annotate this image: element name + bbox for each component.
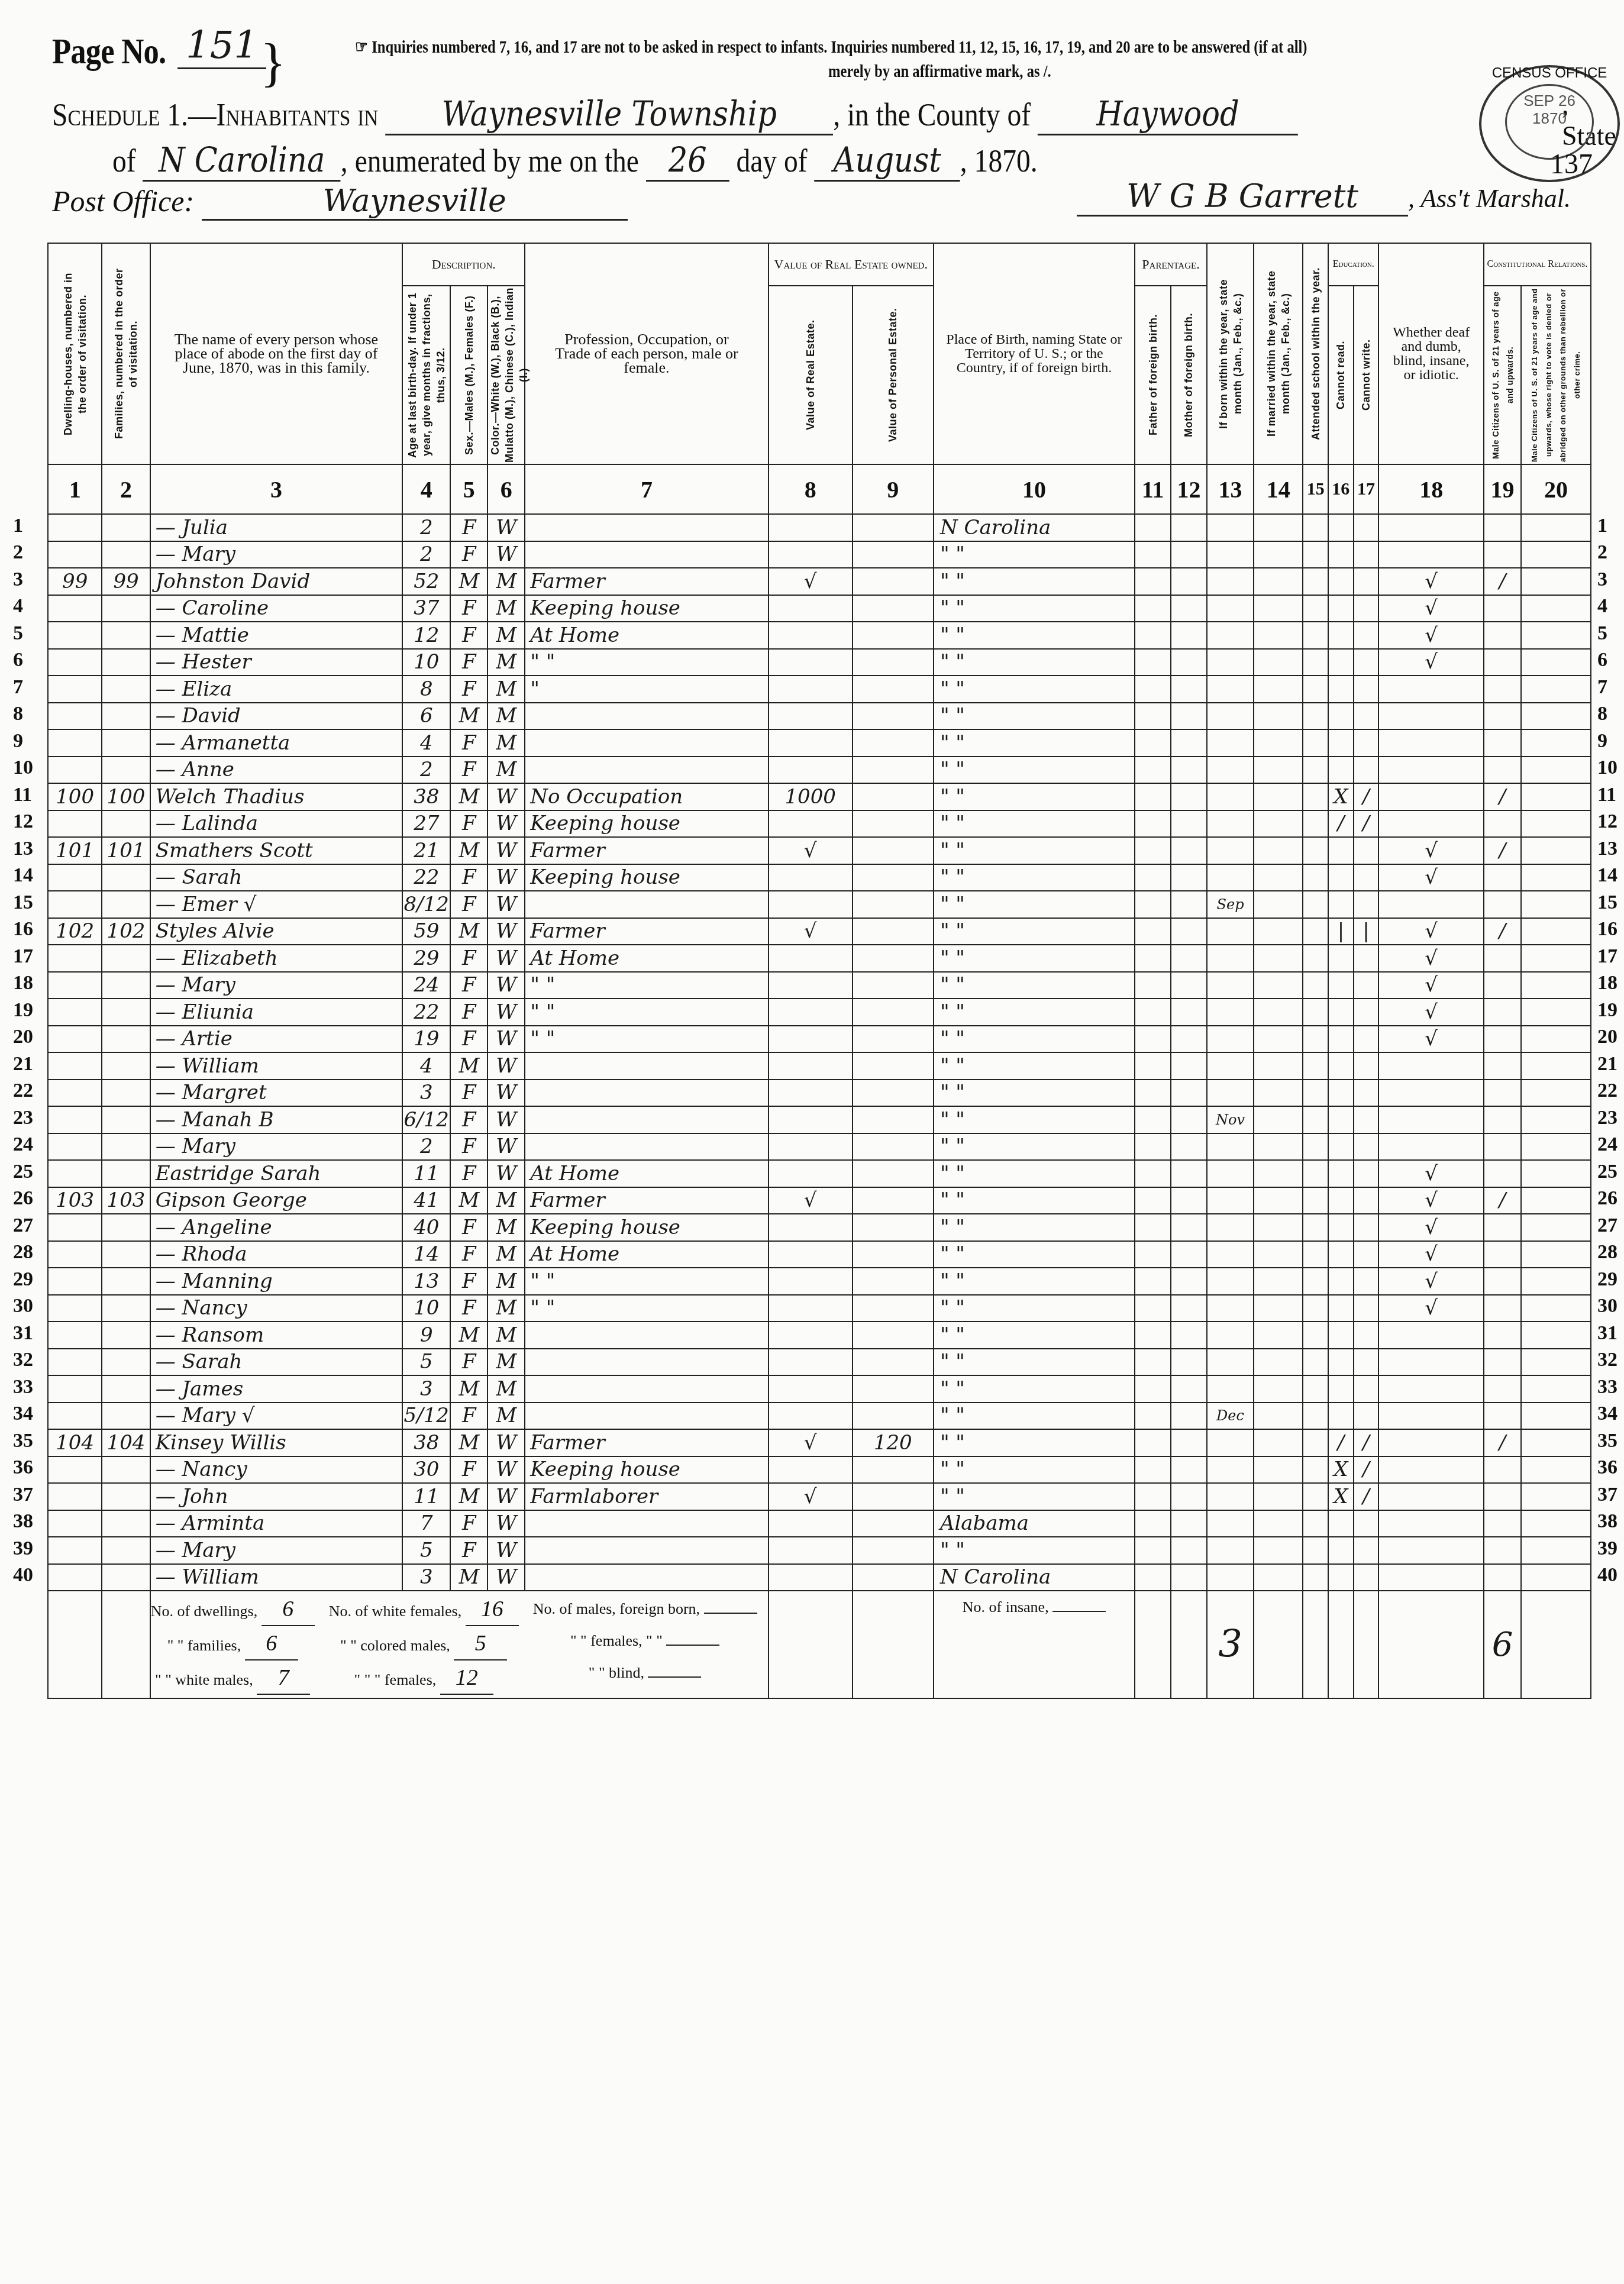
table-row: — William 3 M W N Carolina: [48, 1564, 1591, 1591]
real-estate-value: [769, 1268, 853, 1295]
col-header-cannot-write: Cannot write.: [1354, 286, 1379, 464]
cannot-write: [1354, 864, 1379, 891]
line-number-left: 22: [13, 1080, 33, 1102]
married-month: [1254, 972, 1303, 999]
father-foreign: [1135, 1214, 1171, 1241]
occupation: [525, 541, 768, 568]
mother-foreign: [1171, 729, 1207, 757]
attended-school: [1303, 649, 1328, 676]
line-number-right: 1: [1597, 515, 1607, 537]
citizen-mark: [1484, 703, 1521, 730]
family-number: [102, 1349, 150, 1376]
citizen-mark: [1484, 1375, 1521, 1403]
disability-mark: [1378, 703, 1484, 730]
color: M: [487, 1349, 525, 1376]
birthplace: " ": [934, 864, 1135, 891]
married-month: [1254, 1052, 1303, 1080]
dwelling-number: 101: [48, 837, 102, 864]
white-males-label: " " white males,: [155, 1671, 253, 1688]
citizen-mark: [1484, 1510, 1521, 1537]
dwelling-number: [48, 622, 102, 649]
sex: F: [450, 864, 487, 891]
married-month: [1254, 1483, 1303, 1510]
occupation: [525, 514, 768, 541]
line-number-left: 17: [13, 945, 33, 968]
line-number-left: 11: [13, 784, 32, 806]
color: W: [487, 1537, 525, 1564]
line-number-left: 31: [13, 1322, 33, 1345]
attended-school: [1303, 999, 1328, 1026]
cannot-read: X: [1328, 783, 1354, 810]
dwelling-number: [48, 1080, 102, 1107]
cannot-write: [1354, 595, 1379, 622]
dwelling-number: [48, 1403, 102, 1430]
occupation: [525, 729, 768, 757]
stamp-ring-text: CENSUS OFFICE: [1481, 65, 1617, 82]
married-month: [1254, 1510, 1303, 1537]
colored-females-count: 12: [440, 1662, 493, 1695]
person-name: — Artie: [150, 1026, 403, 1053]
age: 4: [402, 729, 450, 757]
attended-school: [1303, 1187, 1328, 1214]
cannot-read: X: [1328, 1483, 1354, 1510]
vote-denied-mark: [1521, 622, 1591, 649]
line-number-right: 5: [1597, 622, 1607, 645]
cannot-write: [1354, 541, 1379, 568]
mother-foreign: [1171, 864, 1207, 891]
cannot-read: [1328, 972, 1354, 999]
family-number: 100: [102, 783, 150, 810]
born-month: [1207, 1349, 1254, 1376]
col-number: 7: [525, 464, 768, 514]
occupation: Farmlaborer: [525, 1483, 768, 1510]
person-name: Smathers Scott: [150, 837, 403, 864]
citizen-mark: [1484, 649, 1521, 676]
family-number: [102, 945, 150, 972]
line-number-right: 2: [1597, 541, 1607, 564]
personal-estate-value: [853, 541, 934, 568]
occupation: Keeping house: [525, 864, 768, 891]
born-month: [1207, 729, 1254, 757]
sex: F: [450, 1456, 487, 1484]
attended-school: [1303, 918, 1328, 945]
attended-school: [1303, 783, 1328, 810]
dwelling-number: 102: [48, 918, 102, 945]
age: 10: [402, 649, 450, 676]
cannot-write: [1354, 1537, 1379, 1564]
cannot-read: [1328, 757, 1354, 784]
sex: F: [450, 1537, 487, 1564]
line-number-left: 35: [13, 1430, 33, 1452]
foreign-females-count: [666, 1645, 719, 1646]
mother-foreign: [1171, 1483, 1207, 1510]
census-office-stamp: CENSUS OFFICE SEP 26 1870: [1479, 65, 1620, 182]
disability-mark: √: [1378, 622, 1484, 649]
cannot-read: [1328, 864, 1354, 891]
cannot-write: [1354, 1295, 1379, 1322]
col-number: 1: [48, 464, 102, 514]
family-number: [102, 729, 150, 757]
father-foreign: [1135, 729, 1171, 757]
disability-mark: √: [1378, 837, 1484, 864]
age: 12: [402, 622, 450, 649]
day-field: 26: [646, 140, 729, 182]
attended-school: [1303, 945, 1328, 972]
occupation: " ": [525, 972, 768, 999]
citizen-mark: [1484, 1160, 1521, 1187]
age: 38: [402, 1429, 450, 1456]
line-number-right: 34: [1597, 1403, 1617, 1425]
dwelling-number: [48, 1510, 102, 1537]
married-month: [1254, 945, 1303, 972]
real-estate-value: [769, 514, 853, 541]
real-estate-value: [769, 972, 853, 999]
father-foreign: [1135, 1564, 1171, 1591]
sex: F: [450, 999, 487, 1026]
colored-males-count: 5: [454, 1627, 507, 1660]
cannot-read: [1328, 1160, 1354, 1187]
married-month: [1254, 1403, 1303, 1430]
enumeration-line: of N Carolina, enumerated by me on the 2…: [112, 140, 1038, 182]
white-females-label: No. of white females,: [329, 1603, 462, 1620]
cannot-read: [1328, 1375, 1354, 1403]
born-month: [1207, 649, 1254, 676]
real-estate-value: [769, 1510, 853, 1537]
married-month: [1254, 622, 1303, 649]
dwelling-number: [48, 649, 102, 676]
disability-mark: [1378, 1080, 1484, 1107]
line-number-right: 4: [1597, 595, 1607, 618]
table-row: 101 101 Smathers Scott 21 M W Farmer √ "…: [48, 837, 1591, 864]
age: 29: [402, 945, 450, 972]
cannot-read: [1328, 1403, 1354, 1430]
birthplace: " ": [934, 1403, 1135, 1430]
person-name: — Julia: [150, 514, 403, 541]
day-of-label: day of: [737, 143, 808, 179]
color: W: [487, 891, 525, 918]
cannot-read: [1328, 703, 1354, 730]
cannot-read: [1328, 1564, 1354, 1591]
cannot-read: [1328, 1133, 1354, 1161]
mother-foreign: [1171, 918, 1207, 945]
line-number-left: 21: [13, 1053, 33, 1075]
dwelling-number: [48, 1133, 102, 1161]
color: M: [487, 595, 525, 622]
color: W: [487, 1133, 525, 1161]
sex: M: [450, 568, 487, 595]
person-name: — Mary: [150, 972, 403, 999]
personal-estate-value: [853, 703, 934, 730]
table-row: — Anne 2 F M " ": [48, 757, 1591, 784]
birthplace: " ": [934, 757, 1135, 784]
birthplace: " ": [934, 1106, 1135, 1133]
cannot-write: /: [1354, 1429, 1379, 1456]
color: M: [487, 1187, 525, 1214]
occupation: No Occupation: [525, 783, 768, 810]
dwelling-number: 100: [48, 783, 102, 810]
citizen-mark: [1484, 1052, 1521, 1080]
real-estate-value: √: [769, 837, 853, 864]
color: W: [487, 972, 525, 999]
father-foreign: [1135, 541, 1171, 568]
occupation: [525, 1349, 768, 1376]
cannot-read: [1328, 1080, 1354, 1107]
person-name: Eastridge Sarah: [150, 1160, 403, 1187]
birthplace: " ": [934, 568, 1135, 595]
vote-denied-mark: [1521, 1564, 1591, 1591]
dwelling-number: [48, 1564, 102, 1591]
personal-estate-value: [853, 810, 934, 838]
dwelling-number: [48, 1375, 102, 1403]
col-number: 12: [1171, 464, 1207, 514]
family-number: [102, 1268, 150, 1295]
col-number: 4: [402, 464, 450, 514]
col-header-married-month: If married within the year, state month …: [1254, 243, 1303, 464]
line-number-left: 10: [13, 757, 33, 779]
table-row: 102 102 Styles Alvie 59 M W Farmer √ " "…: [48, 918, 1591, 945]
instructions-line-2: merely by an affirmative mark, as /.: [828, 62, 1051, 82]
disability-mark: √: [1378, 1026, 1484, 1053]
father-foreign: [1135, 945, 1171, 972]
col-number: 14: [1254, 464, 1303, 514]
birthplace: " ": [934, 649, 1135, 676]
mother-foreign: [1171, 810, 1207, 838]
table-row: — Mary 24 F W " " " " √: [48, 972, 1591, 999]
line-number-left: 19: [13, 999, 33, 1022]
cannot-write: [1354, 1052, 1379, 1080]
born-month: [1207, 1080, 1254, 1107]
father-foreign: [1135, 1537, 1171, 1564]
disability-mark: √: [1378, 1160, 1484, 1187]
col-header-disability: Whether deaf and dumb, blind, insane, or…: [1378, 243, 1484, 464]
family-number: [102, 1403, 150, 1430]
sex: F: [450, 1295, 487, 1322]
father-foreign: [1135, 891, 1171, 918]
table-row: — Nancy 30 F W Keeping house " " X /: [48, 1456, 1591, 1484]
born-month: [1207, 703, 1254, 730]
color: M: [487, 1295, 525, 1322]
line-number-right: 19: [1597, 999, 1617, 1022]
color: W: [487, 1106, 525, 1133]
citizen-mark: [1484, 622, 1521, 649]
age: 3: [402, 1564, 450, 1591]
married-month: [1254, 757, 1303, 784]
sex: F: [450, 541, 487, 568]
citizen-mark: [1484, 1214, 1521, 1241]
person-name: — Sarah: [150, 1349, 403, 1376]
citizen-mark: /: [1484, 568, 1521, 595]
line-number-right: 16: [1597, 918, 1617, 941]
personal-estate-value: [853, 1483, 934, 1510]
married-month: [1254, 1080, 1303, 1107]
attended-school: [1303, 676, 1328, 703]
person-name: — Emer √: [150, 891, 403, 918]
personal-estate-value: [853, 622, 934, 649]
real-estate-value: [769, 1295, 853, 1322]
married-month: [1254, 1456, 1303, 1484]
age: 6: [402, 703, 450, 730]
cannot-write: [1354, 622, 1379, 649]
birthplace: " ": [934, 1214, 1135, 1241]
occupation: Keeping house: [525, 810, 768, 838]
age: 7: [402, 1510, 450, 1537]
table-row: — Mattie 12 F M At Home " " √: [48, 622, 1591, 649]
birthplace: Alabama: [934, 1510, 1135, 1537]
attended-school: [1303, 703, 1328, 730]
line-number-right: 17: [1597, 945, 1617, 968]
dwelling-number: [48, 1241, 102, 1268]
person-name: — Mary √: [150, 1403, 403, 1430]
disability-mark: [1378, 1564, 1484, 1591]
father-foreign: [1135, 622, 1171, 649]
father-foreign: [1135, 1375, 1171, 1403]
line-number-left: 27: [13, 1214, 33, 1237]
vote-denied-mark: [1521, 757, 1591, 784]
color: W: [487, 1456, 525, 1484]
sex: F: [450, 810, 487, 838]
birthplace: N Carolina: [934, 514, 1135, 541]
married-month: [1254, 1349, 1303, 1376]
cannot-write: [1354, 1349, 1379, 1376]
post-office-field: Waynesville: [202, 183, 628, 221]
occupation: At Home: [525, 622, 768, 649]
born-month: [1207, 1160, 1254, 1187]
occupation: Keeping house: [525, 1214, 768, 1241]
color: W: [487, 864, 525, 891]
vote-denied-mark: [1521, 595, 1591, 622]
citizen-mark: [1484, 757, 1521, 784]
vote-denied-mark: [1521, 1403, 1591, 1430]
cannot-read: X: [1328, 1456, 1354, 1484]
personal-estate-value: [853, 1052, 934, 1080]
personal-estate-value: [853, 837, 934, 864]
birthplace: " ": [934, 1187, 1135, 1214]
attended-school: [1303, 1214, 1328, 1241]
real-estate-value: [769, 649, 853, 676]
cannot-write: [1354, 757, 1379, 784]
mother-foreign: [1171, 1106, 1207, 1133]
personal-estate-value: [853, 1456, 934, 1484]
citizen-mark: [1484, 1322, 1521, 1349]
month-field: August: [814, 140, 960, 182]
mother-foreign: [1171, 1349, 1207, 1376]
born-month: [1207, 1026, 1254, 1053]
insane-count: [1052, 1611, 1106, 1612]
disability-mark: [1378, 810, 1484, 838]
father-foreign: [1135, 810, 1171, 838]
line-number-left: 29: [13, 1268, 33, 1291]
cannot-write: [1354, 649, 1379, 676]
col-number: 2: [102, 464, 150, 514]
father-foreign: [1135, 837, 1171, 864]
dwelling-number: [48, 729, 102, 757]
vote-denied-mark: [1521, 1026, 1591, 1053]
mother-foreign: [1171, 541, 1207, 568]
birthplace: " ": [934, 999, 1135, 1026]
cannot-write: [1354, 568, 1379, 595]
line-number-right: 27: [1597, 1214, 1617, 1237]
post-office-label: Post Office:: [52, 185, 194, 218]
father-foreign: [1135, 783, 1171, 810]
sex: F: [450, 891, 487, 918]
birthplace: " ": [934, 729, 1135, 757]
column-numbers-row: 1 2 3 4 5 6 7 8 9 10 11 12 13 14 15 16 1…: [48, 464, 1591, 514]
sex: F: [450, 1268, 487, 1295]
summary-counts: No. of dwellings, 6 " " families, 6 " " …: [150, 1591, 769, 1698]
cannot-read: [1328, 729, 1354, 757]
occupation: Farmer: [525, 568, 768, 595]
color: W: [487, 1080, 525, 1107]
disability-mark: [1378, 1106, 1484, 1133]
color: W: [487, 1429, 525, 1456]
married-month: [1254, 891, 1303, 918]
personal-estate-value: [853, 783, 934, 810]
cannot-write: [1354, 891, 1379, 918]
personal-estate-value: [853, 1106, 934, 1133]
line-number-left: 1: [13, 515, 23, 537]
vote-denied-mark: [1521, 1052, 1591, 1080]
mother-foreign: [1171, 703, 1207, 730]
line-number-left: 36: [13, 1456, 33, 1479]
mother-foreign: [1171, 999, 1207, 1026]
occupation: [525, 1133, 768, 1161]
real-estate-value: [769, 703, 853, 730]
color: M: [487, 676, 525, 703]
col-number: 18: [1378, 464, 1484, 514]
census-table: Dwelling-houses, numbered in the order o…: [47, 243, 1591, 1699]
age: 38: [402, 783, 450, 810]
dwelling-number: [48, 972, 102, 999]
sex: F: [450, 1403, 487, 1430]
real-estate-value: [769, 757, 853, 784]
line-number-right: 40: [1597, 1564, 1617, 1587]
cannot-write: [1354, 1106, 1379, 1133]
mother-foreign: [1171, 595, 1207, 622]
group-header-description: Description.: [402, 243, 525, 286]
col-header-sex: Sex.—Males (M.), Females (F.): [450, 286, 487, 464]
color: M: [487, 1241, 525, 1268]
mother-foreign: [1171, 514, 1207, 541]
col13-tally: 3: [1207, 1591, 1254, 1698]
real-estate-value: [769, 595, 853, 622]
family-number: [102, 1214, 150, 1241]
real-estate-value: [769, 1241, 853, 1268]
born-month: [1207, 1483, 1254, 1510]
age: 27: [402, 810, 450, 838]
age: 8: [402, 676, 450, 703]
person-name: — John: [150, 1483, 403, 1510]
color: W: [487, 514, 525, 541]
color: M: [487, 703, 525, 730]
married-month: [1254, 1214, 1303, 1241]
table-row: — Eliza 8 F M " " ": [48, 676, 1591, 703]
personal-estate-value: [853, 1133, 934, 1161]
vote-denied-mark: [1521, 1375, 1591, 1403]
cannot-write: /: [1354, 1456, 1379, 1484]
vote-denied-mark: [1521, 1160, 1591, 1187]
disability-mark: [1378, 676, 1484, 703]
disability-mark: [1378, 1052, 1484, 1080]
col-header-school: Attended school within the year.: [1303, 243, 1328, 464]
father-foreign: [1135, 1026, 1171, 1053]
color: W: [487, 1160, 525, 1187]
line-number-left: 30: [13, 1295, 33, 1317]
person-name: — Mary: [150, 1537, 403, 1564]
cannot-read: [1328, 1510, 1354, 1537]
page-no-value: 151: [177, 24, 266, 69]
attended-school: [1303, 568, 1328, 595]
sex: F: [450, 1133, 487, 1161]
